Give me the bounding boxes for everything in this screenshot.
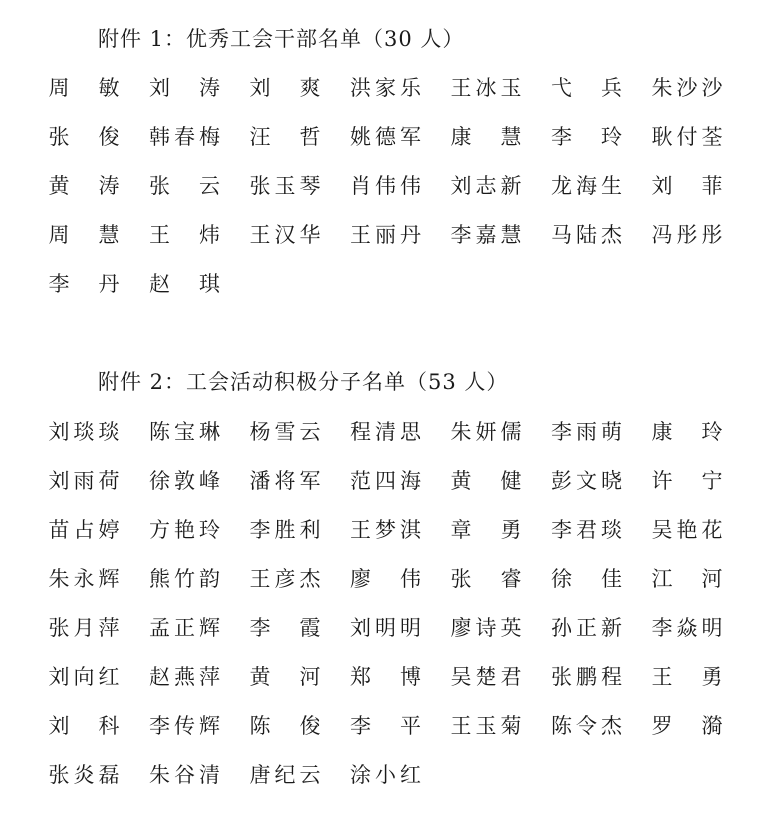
name-entry: 罗漪 xyxy=(651,711,723,741)
name-entry: 江河 xyxy=(651,564,723,594)
name-entry: 刘雨荷 xyxy=(48,466,120,496)
name-entry: 潘将军 xyxy=(249,466,321,496)
name-entry: 徐佳 xyxy=(551,564,623,594)
name-entry: 李霞 xyxy=(249,613,321,643)
attachment-2-name-grid: 刘琰琰陈宝琳杨雪云程清思朱妍儒李雨萌康玲刘雨荷徐敦峰潘将军范四海黄健彭文晓许宁苗… xyxy=(48,417,752,809)
attachment-1-name-grid: 周敏刘涛刘爽洪家乐王冰玉弋兵朱沙沙张俊韩春梅汪哲姚德军康慧李玲耿付荃黄涛张云张玉… xyxy=(48,73,752,318)
name-entry: 李胜利 xyxy=(249,515,321,545)
name-entry: 王勇 xyxy=(651,662,723,692)
name-entry: 弋兵 xyxy=(551,73,623,103)
name-entry: 龙海生 xyxy=(551,171,623,201)
name-entry: 李君琰 xyxy=(551,515,623,545)
attachment-1-title: 附件 1：优秀工会干部名单（30 人） xyxy=(98,24,464,54)
name-entry: 王丽丹 xyxy=(350,220,422,250)
name-entry: 李玲 xyxy=(551,122,623,152)
name-entry: 王冰玉 xyxy=(450,73,522,103)
name-entry: 刘涛 xyxy=(149,73,221,103)
name-entry: 章勇 xyxy=(450,515,522,545)
name-entry: 廖伟 xyxy=(350,564,422,594)
name-entry: 杨雪云 xyxy=(249,417,321,447)
name-entry: 汪哲 xyxy=(249,122,321,152)
name-entry: 黄健 xyxy=(450,466,522,496)
name-entry: 刘爽 xyxy=(249,73,321,103)
name-entry: 王炜 xyxy=(149,220,221,250)
name-entry: 李丹 xyxy=(48,269,120,299)
name-entry: 孟正辉 xyxy=(149,613,221,643)
name-entry: 李焱明 xyxy=(651,613,723,643)
name-entry: 韩春梅 xyxy=(149,122,221,152)
name-entry: 张云 xyxy=(149,171,221,201)
name-entry: 肖伟伟 xyxy=(350,171,422,201)
name-entry: 马陆杰 xyxy=(551,220,623,250)
name-entry: 郑博 xyxy=(350,662,422,692)
name-entry: 吴楚君 xyxy=(450,662,522,692)
name-entry: 黄涛 xyxy=(48,171,120,201)
name-entry: 涂小红 xyxy=(350,760,422,790)
name-entry: 王彦杰 xyxy=(249,564,321,594)
name-entry: 刘志新 xyxy=(450,171,522,201)
name-entry: 朱妍儒 xyxy=(450,417,522,447)
name-entry: 赵燕萍 xyxy=(149,662,221,692)
name-entry: 洪家乐 xyxy=(350,73,422,103)
name-entry: 黄河 xyxy=(249,662,321,692)
name-entry: 李嘉慧 xyxy=(450,220,522,250)
name-entry: 姚德军 xyxy=(350,122,422,152)
name-entry: 唐纪云 xyxy=(249,760,321,790)
name-entry: 熊竹韵 xyxy=(149,564,221,594)
name-entry: 廖诗英 xyxy=(450,613,522,643)
name-entry: 刘科 xyxy=(48,711,120,741)
name-entry: 耿付荃 xyxy=(651,122,723,152)
name-entry: 徐敦峰 xyxy=(149,466,221,496)
name-entry: 范四海 xyxy=(350,466,422,496)
name-entry: 王梦淇 xyxy=(350,515,422,545)
name-entry: 张俊 xyxy=(48,122,120,152)
name-entry: 刘向红 xyxy=(48,662,120,692)
name-entry: 刘琰琰 xyxy=(48,417,120,447)
name-entry: 刘菲 xyxy=(651,171,723,201)
attachment-2-title: 附件 2：工会活动积极分子名单（53 人） xyxy=(98,367,508,397)
name-entry: 苗占婷 xyxy=(48,515,120,545)
name-entry: 张鹏程 xyxy=(551,662,623,692)
name-entry: 张炎磊 xyxy=(48,760,120,790)
name-entry: 孙正新 xyxy=(551,613,623,643)
name-entry: 朱谷清 xyxy=(149,760,221,790)
name-entry: 张玉琴 xyxy=(249,171,321,201)
name-entry: 李雨萌 xyxy=(551,417,623,447)
name-entry: 陈俊 xyxy=(249,711,321,741)
name-entry: 陈宝琳 xyxy=(149,417,221,447)
name-entry: 方艳玲 xyxy=(149,515,221,545)
name-entry: 周敏 xyxy=(48,73,120,103)
name-entry: 朱沙沙 xyxy=(651,73,723,103)
name-entry: 康玲 xyxy=(651,417,723,447)
name-entry: 王汉华 xyxy=(249,220,321,250)
name-entry: 许宁 xyxy=(651,466,723,496)
name-entry: 康慧 xyxy=(450,122,522,152)
name-entry: 冯彤彤 xyxy=(651,220,723,250)
name-entry: 彭文晓 xyxy=(551,466,623,496)
name-entry: 张睿 xyxy=(450,564,522,594)
name-entry: 朱永辉 xyxy=(48,564,120,594)
name-entry: 张月萍 xyxy=(48,613,120,643)
name-entry: 陈令杰 xyxy=(551,711,623,741)
name-entry: 刘明明 xyxy=(350,613,422,643)
name-entry: 赵琪 xyxy=(149,269,221,299)
name-entry: 王玉菊 xyxy=(450,711,522,741)
name-entry: 李平 xyxy=(350,711,422,741)
name-entry: 李传辉 xyxy=(149,711,221,741)
name-entry: 吴艳花 xyxy=(651,515,723,545)
name-entry: 程清思 xyxy=(350,417,422,447)
name-entry: 周慧 xyxy=(48,220,120,250)
